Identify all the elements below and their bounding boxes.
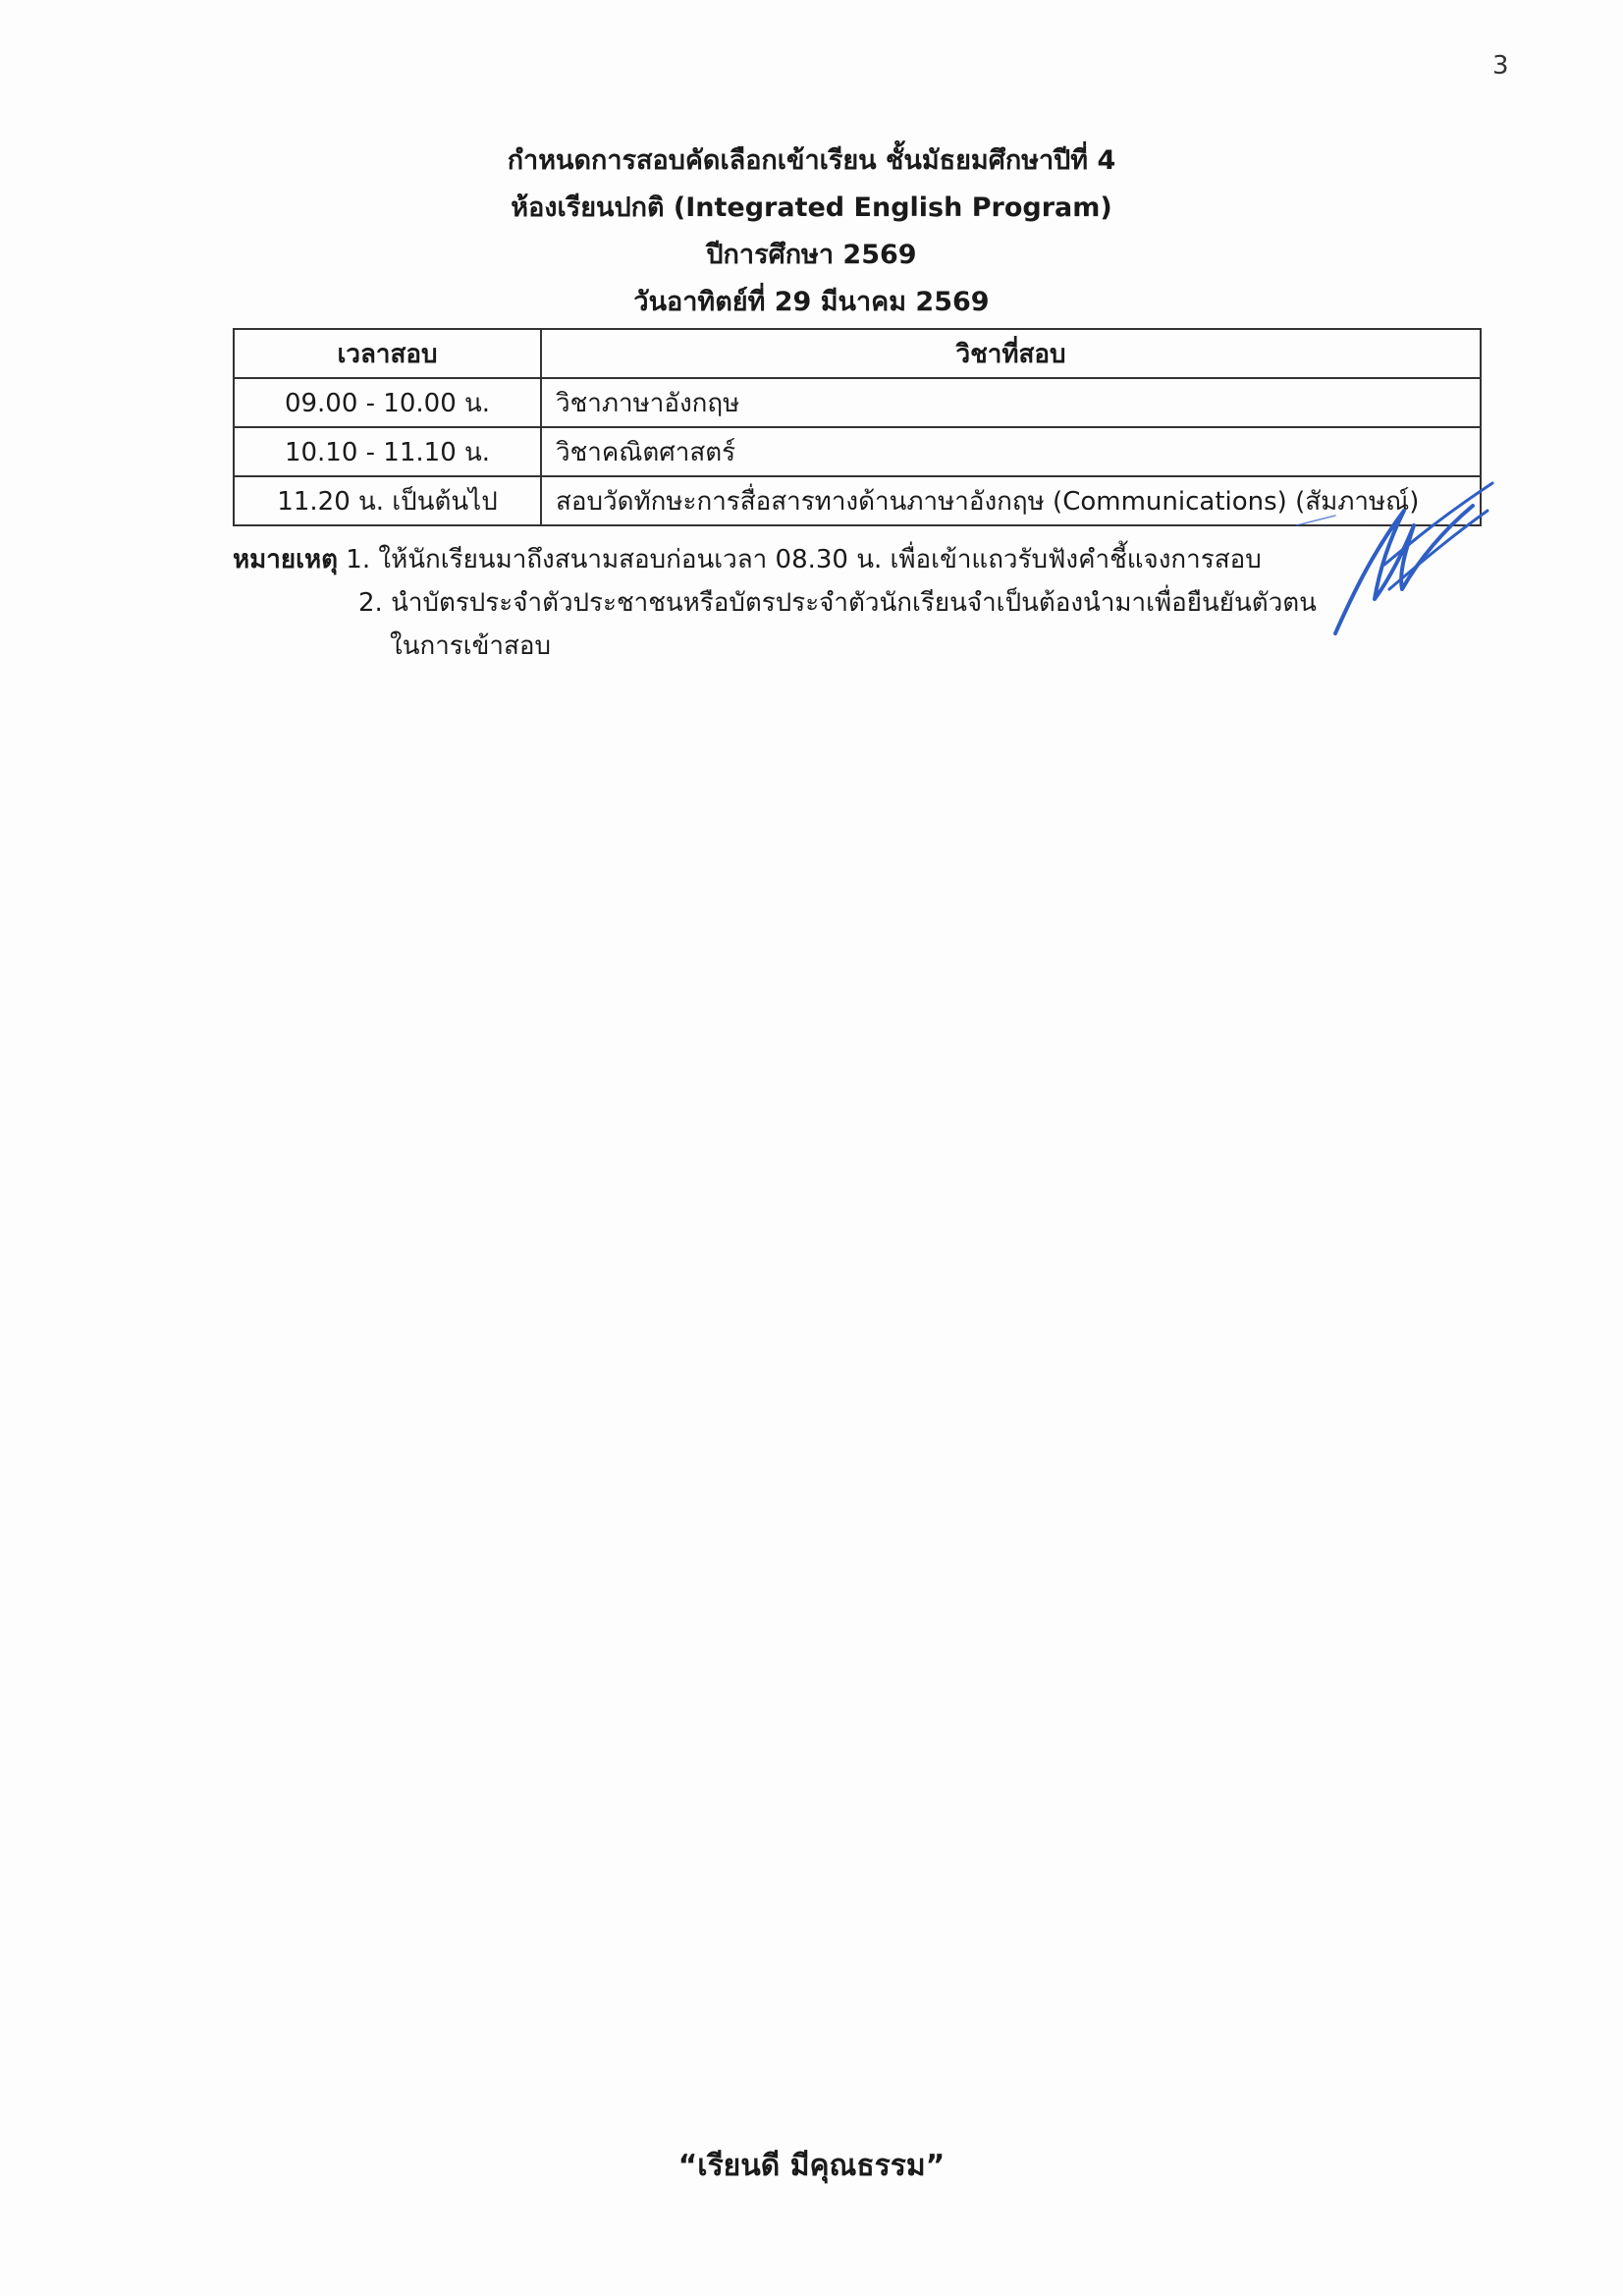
title-line-4: วันอาทิตย์ที่ 29 มีนาคม 2569 — [0, 279, 1623, 326]
note-1-text: 1. ให้นักเรียนมาถึงสนามสอบก่อนเวลา 08.30… — [346, 545, 1261, 574]
exam-time: 09.00 - 10.00 น. — [234, 378, 541, 427]
exam-schedule-table: เวลาสอบ วิชาที่สอบ 09.00 - 10.00 น. วิชา… — [233, 328, 1482, 526]
header-exam-time: เวลาสอบ — [234, 329, 541, 378]
exam-time: 10.10 - 11.10 น. — [234, 427, 541, 476]
table-row: 11.20 น. เป็นต้นไป สอบวัดทักษะการสื่อสาร… — [234, 476, 1481, 525]
notes-label: หมายเหตุ — [233, 545, 338, 574]
note-1: หมายเหตุ 1. ให้นักเรียนมาถึงสนามสอบก่อนเ… — [233, 538, 1317, 581]
exam-subject: วิชาภาษาอังกฤษ — [541, 378, 1481, 427]
title-line-2: ห้องเรียนปกติ (Integrated English Progra… — [0, 185, 1623, 232]
exam-subject: วิชาคณิตศาสตร์ — [541, 427, 1481, 476]
document-title: กำหนดการสอบคัดเลือกเข้าเรียน ชั้นมัธยมศึ… — [0, 137, 1623, 326]
note-2: 2. นำบัตรประจำตัวประชาชนหรือบัตรประจำตัว… — [233, 581, 1317, 625]
exam-time: 11.20 น. เป็นต้นไป — [234, 476, 541, 525]
note-2-continuation: ในการเข้าสอบ — [233, 625, 1317, 668]
school-motto: “เรียนดี มีคุณธรรม” — [0, 2143, 1623, 2189]
page-number: 3 — [1492, 51, 1509, 81]
table-row: 10.10 - 11.10 น. วิชาคณิตศาสตร์ — [234, 427, 1481, 476]
table-header-row: เวลาสอบ วิชาที่สอบ — [234, 329, 1481, 378]
title-line-1: กำหนดการสอบคัดเลือกเข้าเรียน ชั้นมัธยมศึ… — [0, 137, 1623, 185]
signature-icon — [1296, 471, 1571, 687]
notes-section: หมายเหตุ 1. ให้นักเรียนมาถึงสนามสอบก่อนเ… — [233, 538, 1317, 668]
table-row: 09.00 - 10.00 น. วิชาภาษาอังกฤษ — [234, 378, 1481, 427]
header-exam-subject: วิชาที่สอบ — [541, 329, 1481, 378]
title-line-3: ปีการศึกษา 2569 — [0, 232, 1623, 279]
